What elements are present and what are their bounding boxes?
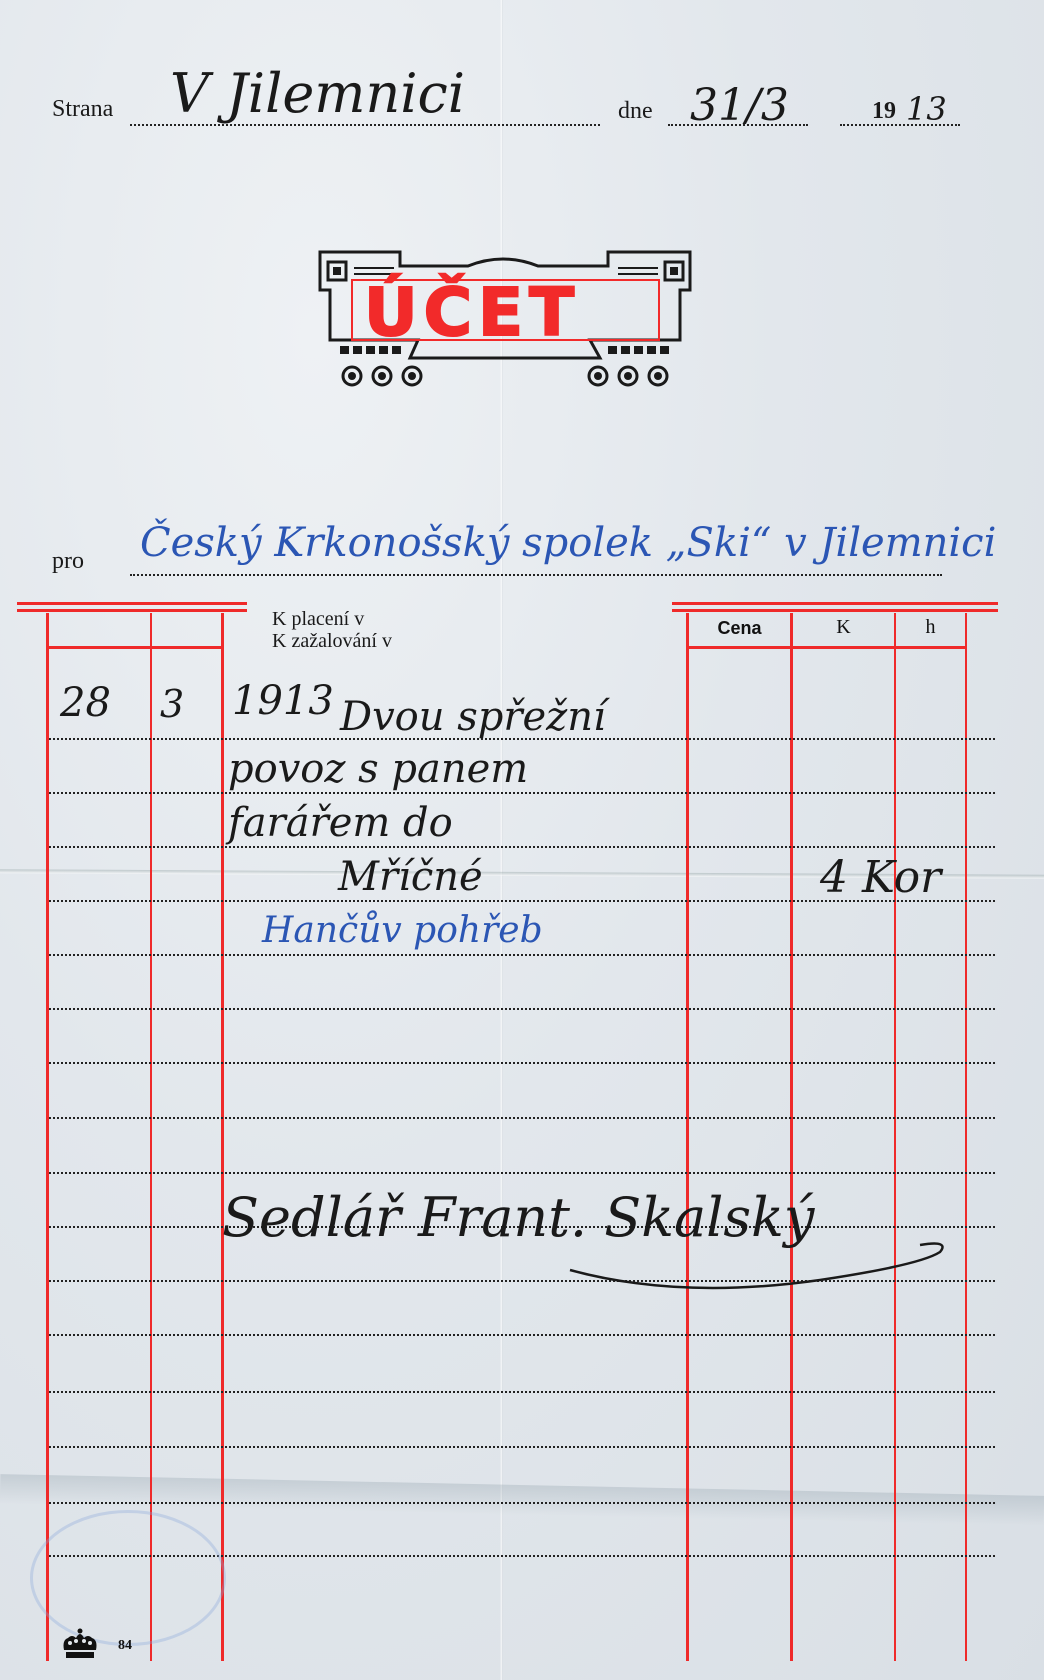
strana-label: Strana bbox=[52, 96, 113, 123]
row-line bbox=[49, 1334, 995, 1336]
entry-month: 3 bbox=[160, 682, 184, 726]
column-header-crowns: K bbox=[793, 616, 894, 639]
row-line bbox=[49, 954, 995, 956]
column-header-heller: h bbox=[896, 616, 965, 639]
row-line bbox=[49, 1008, 995, 1010]
left-subheader-rule bbox=[49, 646, 221, 649]
entry-amount: 4 Kor bbox=[820, 852, 941, 903]
pro-label: pro bbox=[52, 548, 84, 575]
recipient-handwritten: Český Krkonošský spolek „Ski“ v Jilemnic… bbox=[140, 520, 996, 566]
left-double-rule-top bbox=[17, 602, 247, 605]
entry-note-blue: Hančův pohřeb bbox=[262, 910, 543, 951]
row-line bbox=[49, 1446, 995, 1448]
right-double-rule-top bbox=[672, 602, 998, 605]
entry-year: 1913 bbox=[232, 678, 334, 724]
year-printed: 19 bbox=[872, 98, 896, 125]
row-line bbox=[49, 792, 995, 794]
payment-label: K placení v bbox=[272, 608, 392, 630]
column-header-price: Cena bbox=[689, 618, 790, 639]
entry-line-2: povoz s panem bbox=[228, 746, 528, 792]
year-handwritten: 13 bbox=[906, 90, 947, 128]
left-double-rule-bottom bbox=[17, 609, 247, 612]
recipient-dotted-line bbox=[130, 574, 942, 576]
row-line bbox=[49, 1172, 995, 1174]
date-handwritten: 31/3 bbox=[690, 80, 789, 131]
form-number: 84 bbox=[118, 1638, 132, 1654]
payment-terms: K placení v K zažalování v bbox=[272, 608, 392, 652]
signature-flourish-icon bbox=[560, 1240, 960, 1300]
lawsuit-label: K zažalování v bbox=[272, 630, 392, 652]
faded-stamp bbox=[30, 1510, 226, 1646]
crown-icon bbox=[60, 1628, 100, 1662]
entry-line-4: Mříčné bbox=[338, 854, 483, 900]
ucet-title: ÚČET bbox=[364, 274, 580, 351]
row-line bbox=[49, 846, 995, 848]
entry-line-1: Dvou spřežní bbox=[340, 694, 606, 740]
row-line bbox=[49, 1062, 995, 1064]
entry-day: 28 bbox=[60, 680, 111, 726]
entry-line-3: farářem do bbox=[228, 800, 453, 846]
row-line bbox=[49, 1391, 995, 1393]
row-line bbox=[49, 1117, 995, 1119]
right-subheader-rule bbox=[689, 646, 965, 649]
place-handwritten: V Jilemnici bbox=[170, 62, 465, 125]
right-double-rule-bottom bbox=[672, 609, 998, 612]
ucet-logo: ÚČET bbox=[318, 250, 693, 400]
date-label: dne bbox=[618, 98, 653, 125]
row-line bbox=[49, 1502, 995, 1504]
